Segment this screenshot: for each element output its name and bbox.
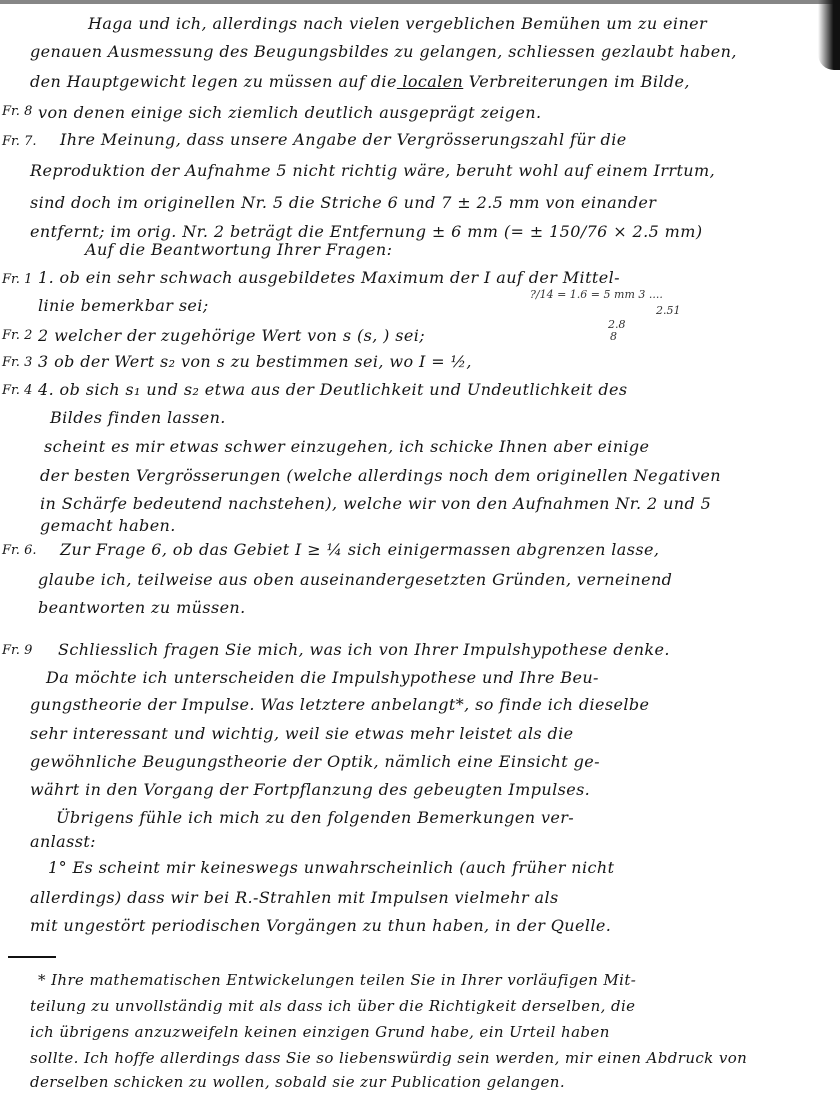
text-line: Ihre Meinung, dass unsere Angabe der Ver… <box>60 130 627 150</box>
text-line: währt in den Vorgang der Fortpflanzung d… <box>30 780 590 800</box>
margin-label: Fr. 6. <box>2 543 36 558</box>
letter-page: Haga und ich, allerdings nach vielen ver… <box>0 0 840 1100</box>
text-line: 1. ob ein sehr schwach ausgebildetes Max… <box>38 268 620 288</box>
text-line: Auf die Beantwortung Ihrer Fragen: <box>85 240 392 260</box>
line-text: in Schärfe bedeutend nachstehen), welche… <box>40 494 711 513</box>
line-text: sehr interessant und wichtig, weil sie e… <box>30 724 574 743</box>
footnote-line: teilung zu unvollständig mit als dass ic… <box>30 996 635 1016</box>
line-text: Auf die Beantwortung Ihrer Fragen: <box>85 240 392 259</box>
text-line: entfernt; im orig. Nr. 2 beträgt die Ent… <box>30 222 702 242</box>
footnote-line: derselben schicken zu wollen, sobald sie… <box>30 1072 565 1092</box>
margin-label: Fr. 7. <box>2 134 36 149</box>
text-line: anlasst: <box>30 832 96 852</box>
text-line: sind doch im originellen Nr. 5 die Stric… <box>30 193 656 213</box>
line-text: gemacht haben. <box>40 516 176 535</box>
text-line: linie bemerkbar sei; <box>38 296 209 316</box>
text-line: gemacht haben. <box>40 516 176 536</box>
scan-edge <box>0 0 840 4</box>
line-text: währt in den Vorgang der Fortpflanzung d… <box>30 780 590 799</box>
text-line: scheint es mir etwas schwer einzugehen, … <box>44 437 649 457</box>
text-line: mit ungestört periodischen Vorgängen zu … <box>30 916 611 936</box>
text-line: Da möchte ich unterscheiden die Impulshy… <box>46 668 599 688</box>
line-text: 2 welcher der zugehörige Wert von s (s, … <box>38 326 425 345</box>
line-text: Ihre Meinung, dass unsere Angabe der Ver… <box>60 130 627 149</box>
text-line: Zur Frage 6, ob das Gebiet I ≥ ¼ sich ei… <box>60 540 659 560</box>
text-line: genauen Ausmessung des Beugungsbildes zu… <box>30 42 737 62</box>
text-line: Bildes finden lassen. <box>50 408 226 428</box>
text-line: von denen einige sich ziemlich deutlich … <box>38 103 542 123</box>
text-line: Schliesslich fragen Sie mich, was ich vo… <box>58 640 670 660</box>
text-line: allerdings) dass wir bei R.-Strahlen mit… <box>30 888 559 908</box>
text-line: den Hauptgewicht legen zu müssen auf die… <box>30 72 690 92</box>
line-text: Zur Frage 6, ob das Gebiet I ≥ ¼ sich ei… <box>60 540 659 559</box>
line-text: 1. ob ein sehr schwach ausgebildetes Max… <box>38 268 620 287</box>
line-text-rest: Verbreiterungen im Bilde, <box>463 72 690 91</box>
line-text: Schliesslich fragen Sie mich, was ich vo… <box>58 640 670 659</box>
text-line: beantworten zu müssen. <box>38 598 246 618</box>
line-text: Übrigens fühle ich mich zu den folgenden… <box>56 808 574 827</box>
line-text: genauen Ausmessung des Beugungsbildes zu… <box>30 42 737 61</box>
line-text: gewöhnliche Beugungstheorie der Optik, n… <box>30 752 600 771</box>
footnote-line: * Ihre mathematischen Entwickelungen tei… <box>38 970 636 990</box>
text-line: in Schärfe bedeutend nachstehen), welche… <box>40 494 711 514</box>
text-line: 1° Es scheint mir keineswegs unwahrschei… <box>48 858 614 878</box>
text-line: Reproduktion der Aufnahme 5 nicht richti… <box>30 161 715 181</box>
margin-label: Fr. 8 <box>2 104 32 119</box>
line-text: gungstheorie der Impulse. Was letztere a… <box>30 695 649 714</box>
footnote-line: ich übrigens anzuzweifeln keinen einzige… <box>30 1022 610 1042</box>
line-text: der besten Vergrösserungen (welche aller… <box>40 466 721 485</box>
text-line: gungstheorie der Impulse. Was letztere a… <box>30 695 649 715</box>
line-text: 4. ob sich s₁ und s₂ etwa aus der Deutli… <box>38 380 627 399</box>
line-text: anlasst: <box>30 832 96 851</box>
pencil-annotation: ?/14 = 1.6 = 5 mm 3 .... <box>530 288 663 301</box>
text-line: sehr interessant und wichtig, weil sie e… <box>30 724 574 744</box>
text-line: 3 ob der Wert s₂ von s zu bestimmen sei,… <box>38 352 472 372</box>
margin-label: Fr. 1 <box>2 272 32 287</box>
line-text: von denen einige sich ziemlich deutlich … <box>38 103 542 122</box>
margin-label: Fr. 9 <box>2 643 32 658</box>
pencil-annotation: 2.51 <box>656 304 681 317</box>
underlined-word: localen <box>397 72 463 91</box>
text-line: 4. ob sich s₁ und s₂ etwa aus der Deutli… <box>38 380 627 400</box>
line-text: Haga und ich, allerdings nach vielen ver… <box>88 14 707 33</box>
text-line: gewöhnliche Beugungstheorie der Optik, n… <box>30 752 600 772</box>
text-line: glaube ich, teilweise aus oben auseinand… <box>38 570 672 590</box>
line-text: allerdings) dass wir bei R.-Strahlen mit… <box>30 888 559 907</box>
line-text: 3 ob der Wert s₂ von s zu bestimmen sei,… <box>38 352 472 371</box>
line-text: 1° Es scheint mir keineswegs unwahrschei… <box>48 858 614 877</box>
line-text: Bildes finden lassen. <box>50 408 226 427</box>
line-text: den Hauptgewicht legen zu müssen auf die <box>30 72 397 91</box>
line-text: Reproduktion der Aufnahme 5 nicht richti… <box>30 161 715 180</box>
pencil-annotation: 8 <box>610 330 617 343</box>
ink-blot <box>818 0 840 70</box>
text-line: 2 welcher der zugehörige Wert von s (s, … <box>38 326 425 346</box>
line-text: Da möchte ich unterscheiden die Impulshy… <box>46 668 599 687</box>
margin-label: Fr. 2 <box>2 328 32 343</box>
line-text: glaube ich, teilweise aus oben auseinand… <box>38 570 672 589</box>
margin-label: Fr. 4 <box>2 383 32 398</box>
line-text: scheint es mir etwas schwer einzugehen, … <box>44 437 649 456</box>
footnote-line: sollte. Ich hoffe allerdings dass Sie so… <box>30 1048 747 1068</box>
line-text: beantworten zu müssen. <box>38 598 246 617</box>
text-line: Haga und ich, allerdings nach vielen ver… <box>88 14 707 34</box>
line-text: sind doch im originellen Nr. 5 die Stric… <box>30 193 656 212</box>
footnote-rule <box>8 956 56 958</box>
line-text: entfernt; im orig. Nr. 2 beträgt die Ent… <box>30 222 702 241</box>
margin-label: Fr. 3 <box>2 355 32 370</box>
line-text: linie bemerkbar sei; <box>38 296 209 315</box>
text-line: Übrigens fühle ich mich zu den folgenden… <box>56 808 574 828</box>
text-line: der besten Vergrösserungen (welche aller… <box>40 466 721 486</box>
line-text: mit ungestört periodischen Vorgängen zu … <box>30 916 611 935</box>
